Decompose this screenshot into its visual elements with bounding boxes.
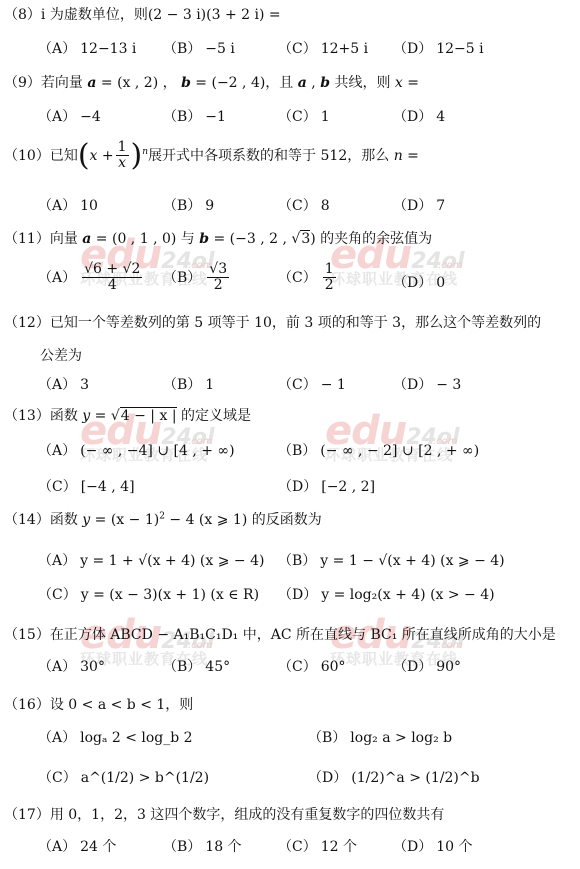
option-b[interactable]: （B）18 个: [163, 836, 242, 856]
option-d[interactable]: （D）4: [393, 106, 445, 126]
option-c[interactable]: （C）12+5 i: [278, 38, 368, 58]
option-a[interactable]: （A）3: [38, 374, 89, 394]
question-9: （9）若向量 a = (x , 2) ， b = (−2 , 4)，且 a , …: [4, 72, 419, 92]
question-stem: 用 0，1，2，3 这四个数字，组成的没有重复数字的四位数共有: [50, 807, 445, 823]
option-b[interactable]: （B）log₂ a > log₂ b: [308, 727, 452, 747]
question-number: （12）: [4, 315, 50, 331]
option-c[interactable]: （C）12 个: [278, 836, 357, 856]
option-a[interactable]: （A）√6 + √24: [38, 262, 144, 294]
question-11: （11）向量 a = (0 , 1 , 0) 与 b = (−3 , 2 , √…: [4, 228, 432, 248]
option-b[interactable]: （B）45°: [163, 656, 230, 676]
question-13: （13）函数 y = √4 − | x | 的定义域是: [4, 405, 251, 425]
option-d[interactable]: （D）90°: [393, 656, 461, 676]
question-number: （15）: [4, 627, 50, 643]
question-12: （12）已知一个等差数列的第 5 项等于 10，前 3 项的和等于 3，那么这个…: [4, 312, 541, 332]
option-d[interactable]: （D）7: [393, 195, 445, 215]
option-d[interactable]: （D）− 3: [393, 374, 461, 394]
question-15: （15）在正方体 ABCD − A₁B₁C₁D₁ 中，AC 所在直线与 BC₁ …: [4, 624, 556, 644]
option-c[interactable]: （C）1: [278, 106, 330, 126]
option-c[interactable]: （C）12: [278, 262, 338, 294]
question-number: （13）: [4, 408, 50, 424]
option-d[interactable]: （D）12−5 i: [393, 38, 484, 58]
question-number: （9）: [4, 75, 41, 91]
question-10: （10）已知(x +1x)n展开式中各项系数的和等于 512，那么 n =: [4, 140, 419, 172]
question-stem: i 为虚数单位，则(2 − 3 i)(3 + 2 i) =: [41, 7, 281, 23]
option-a[interactable]: （A）24 个: [38, 836, 116, 856]
question-number: （16）: [4, 697, 50, 713]
question-number: （17）: [4, 807, 50, 823]
option-a[interactable]: （A）12−13 i: [38, 38, 136, 58]
option-b[interactable]: （B）y = 1 − √(x + 4) (x ⩾ − 4): [278, 550, 505, 570]
option-d[interactable]: （D）y = log₂(x + 4) (x > − 4): [278, 584, 495, 604]
question-number: （14）: [4, 512, 50, 528]
option-c[interactable]: （C）a^(1/2) > b^(1/2): [38, 767, 209, 787]
option-b[interactable]: （B）1: [163, 374, 214, 394]
option-d[interactable]: （D）(1/2)^a > (1/2)^b: [308, 767, 480, 787]
option-c[interactable]: （C）y = (x − 3)(x + 1) (x ∈ R): [38, 584, 259, 604]
question-8: （8）i 为虚数单位，则(2 − 3 i)(3 + 2 i) =: [4, 4, 281, 24]
option-c[interactable]: （C）60°: [278, 656, 346, 676]
question-number: （11）: [4, 231, 50, 247]
question-14: （14）函数 y = (x − 1)2 − 4 (x ⩾ 1) 的反函数为: [4, 509, 322, 529]
option-b[interactable]: （B）√32: [163, 262, 231, 294]
option-c[interactable]: （C）[−4 , 4]: [38, 476, 135, 496]
question-stem: 设 0 < a < b < 1，则: [50, 697, 193, 713]
question-number: （10）: [4, 148, 50, 164]
option-a[interactable]: （A）(− ∞ , −4] ∪ [4 , + ∞): [38, 440, 235, 460]
option-a[interactable]: （A）−4: [38, 106, 101, 126]
option-a[interactable]: （A）30°: [38, 656, 105, 676]
option-d[interactable]: （D）0: [393, 272, 445, 292]
option-a[interactable]: （A）y = 1 + √(x + 4) (x ⩾ − 4): [38, 550, 264, 570]
option-d[interactable]: （D）[−2 , 2]: [278, 476, 375, 496]
question-17: （17）用 0，1，2，3 这四个数字，组成的没有重复数字的四位数共有: [4, 804, 444, 824]
option-b[interactable]: （B）−1: [163, 106, 226, 126]
option-b[interactable]: （B）−5 i: [163, 38, 235, 58]
option-a[interactable]: （A）logₐ 2 < log_b 2: [38, 727, 193, 747]
option-c[interactable]: （C）8: [278, 195, 330, 215]
option-c[interactable]: （C）− 1: [278, 374, 346, 394]
option-b[interactable]: （B）(− ∞ , − 2] ∪ [2 , + ∞): [278, 440, 479, 460]
question-number: （8）: [4, 7, 41, 23]
question-stem-continued: 公差为: [40, 345, 82, 365]
question-stem: 在正方体 ABCD − A₁B₁C₁D₁ 中，AC 所在直线与 BC₁ 所在直线…: [50, 627, 556, 643]
question-16: （16）设 0 < a < b < 1，则: [4, 694, 193, 714]
option-a[interactable]: （A）10: [38, 195, 98, 215]
question-stem: 已知一个等差数列的第 5 项等于 10，前 3 项的和等于 3，那么这个等差数列…: [50, 315, 541, 331]
option-b[interactable]: （B）9: [163, 195, 214, 215]
option-d[interactable]: （D）10 个: [393, 836, 473, 856]
